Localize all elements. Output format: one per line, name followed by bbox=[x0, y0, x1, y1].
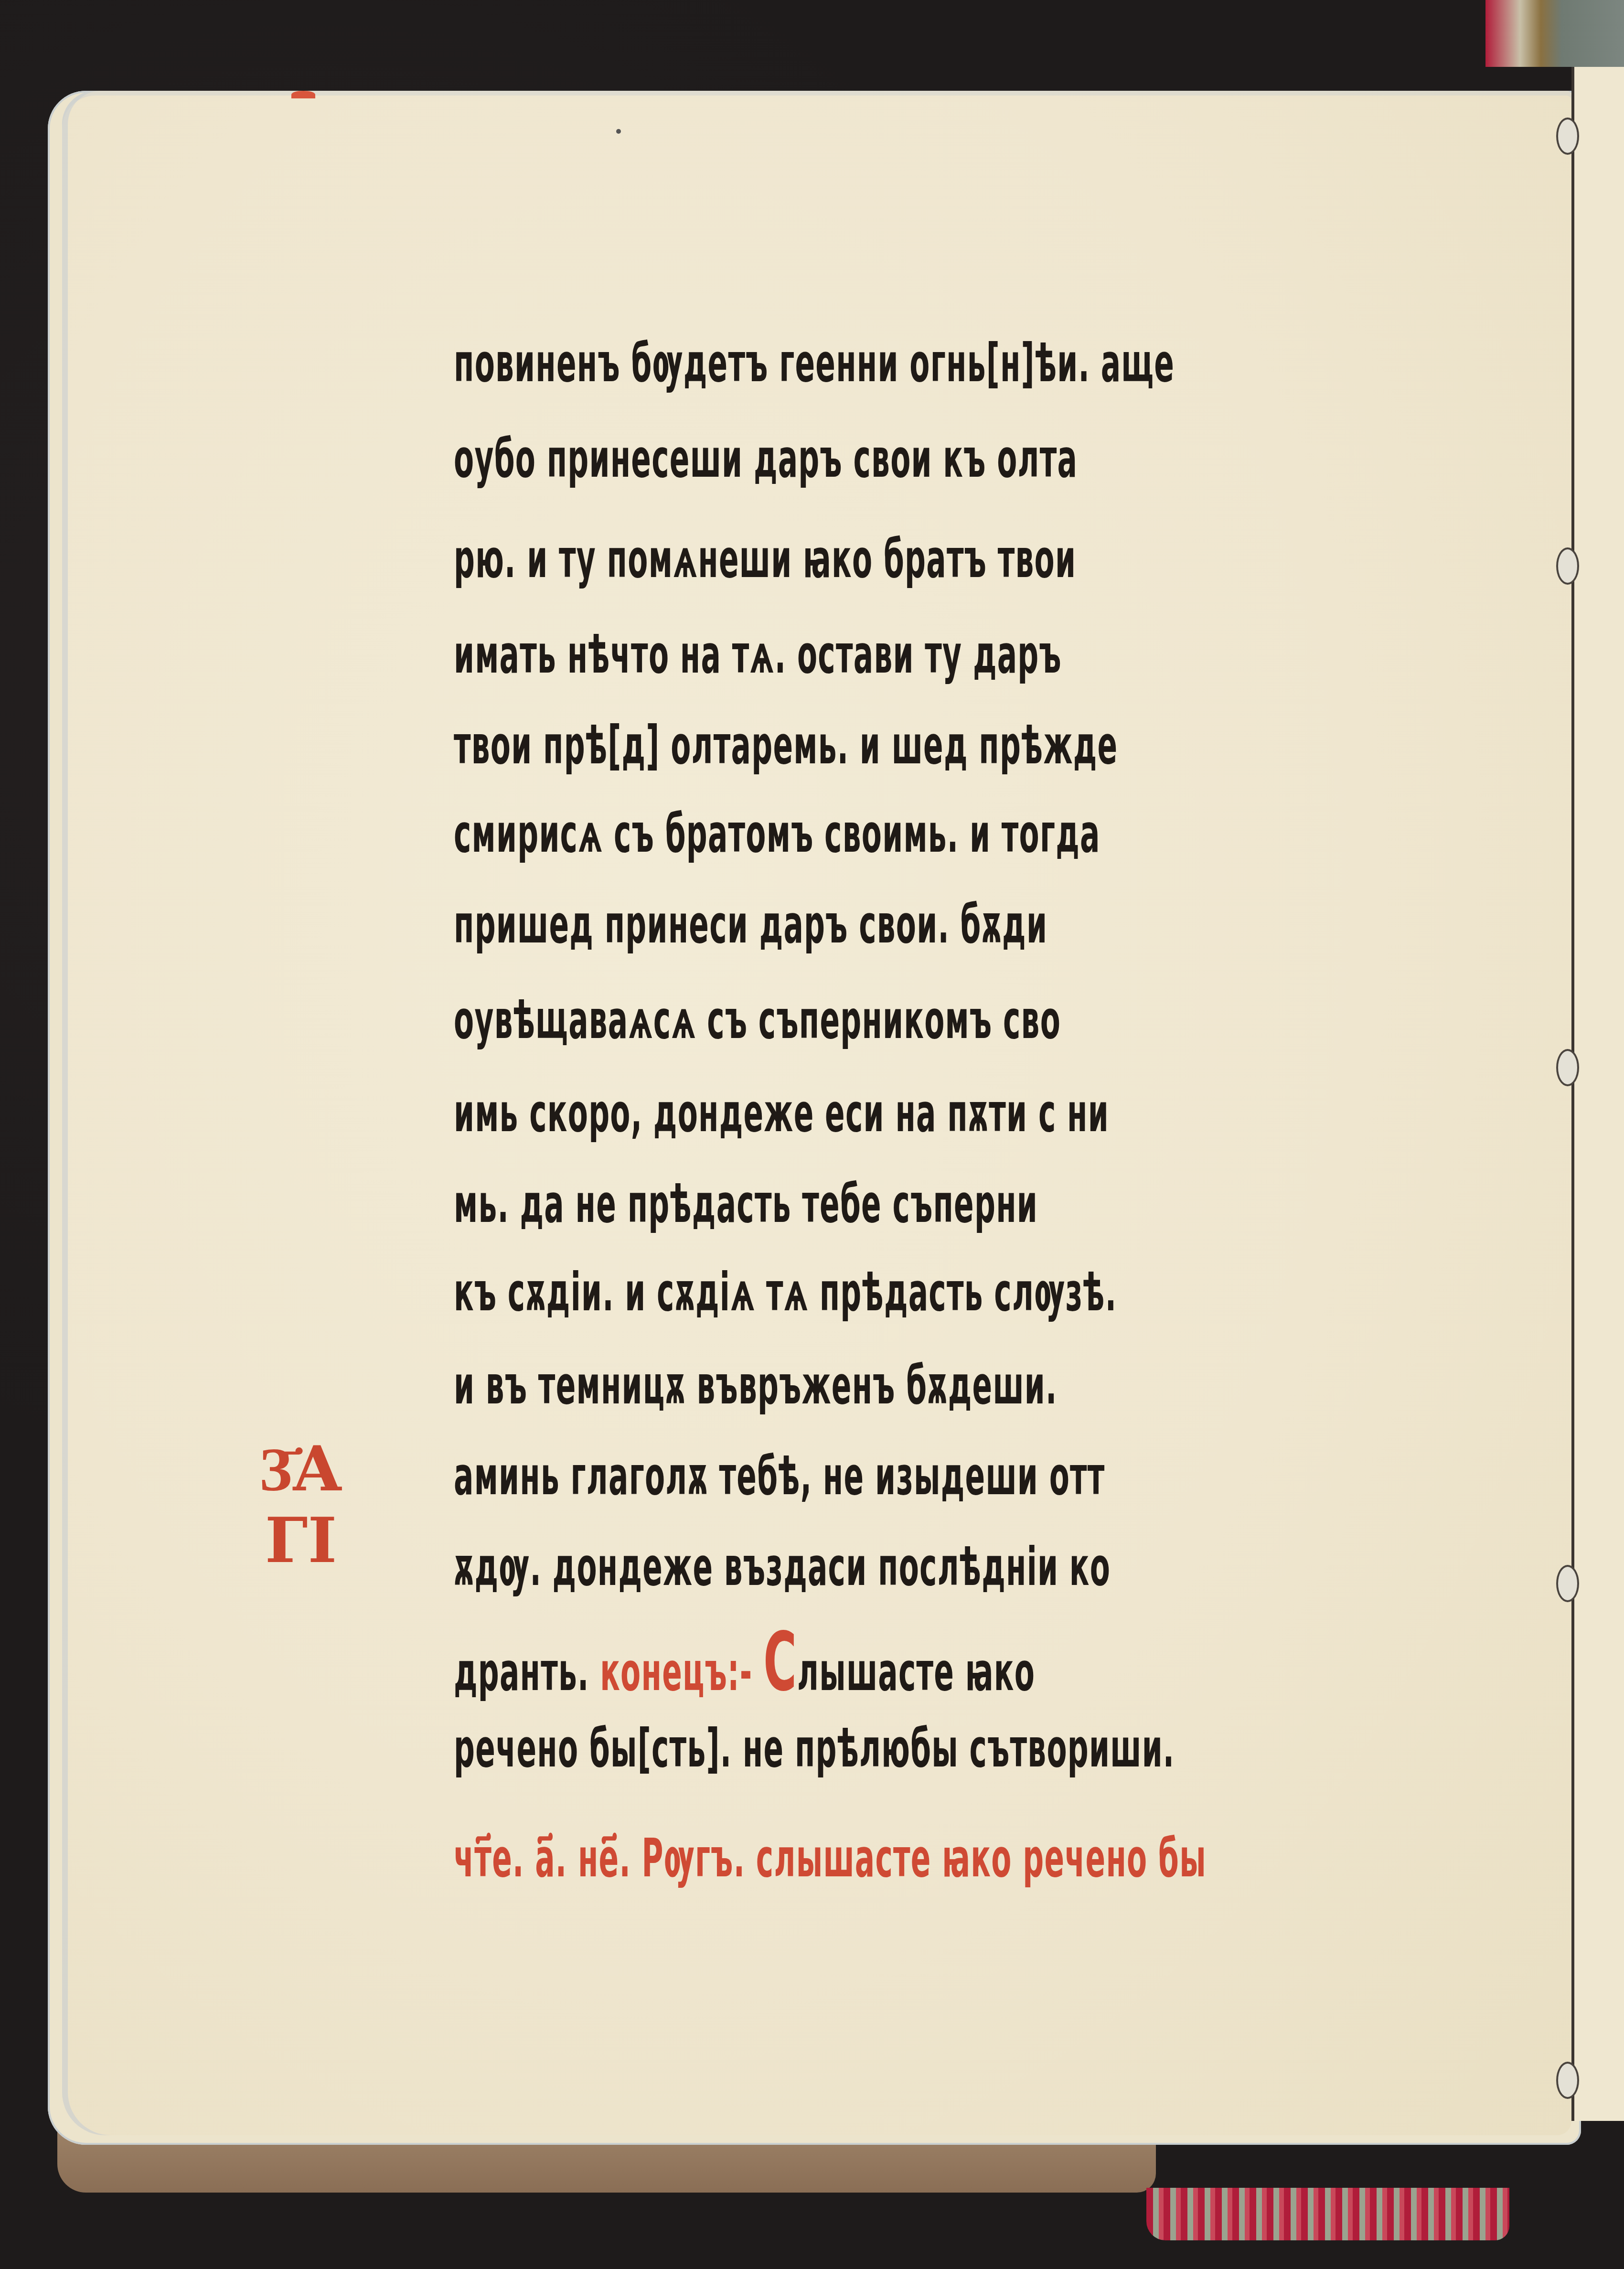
text-line: ѫдѹ. дондеже въздаси послѣдніи ко bbox=[454, 1538, 1111, 1595]
text-line: оубо принесеши даръ свои къ олта bbox=[454, 430, 1078, 487]
ink-dot bbox=[616, 129, 621, 134]
margin-line: ГІ bbox=[253, 1505, 349, 1576]
text-line: имать нѣчто на тѧ. остави ту даръ bbox=[454, 626, 1062, 683]
facing-leaf bbox=[1571, 67, 1624, 2121]
binding-top-fabric bbox=[1485, 0, 1624, 67]
text-line-with-rubric: дранть. конецъ:- Слышасте ꙗко bbox=[454, 1634, 1035, 1701]
binding-bottom-fabric bbox=[1146, 2188, 1509, 2240]
sewing-hole bbox=[1558, 1051, 1577, 1084]
red-initial: С bbox=[763, 1615, 797, 1710]
margin-reading-number: З҃А ГІ bbox=[253, 1433, 349, 1576]
text-segment: лышасте ꙗко bbox=[797, 1641, 1035, 1702]
text-line: мь. да не прѣдасть тебе съперни bbox=[454, 1175, 1038, 1232]
sewing-hole bbox=[1558, 549, 1577, 583]
sewing-hole bbox=[1558, 1567, 1577, 1600]
text-segment: дранть. bbox=[454, 1641, 589, 1702]
rubric-line: чт҃е. а҃. не҃. Рѹгъ. слышасте ꙗко речено… bbox=[454, 1830, 1207, 1887]
text-line: речено бы[сть]. не прѣлюбы сътвориши. bbox=[454, 1720, 1175, 1777]
text-line: рю. и ту помѧнеши ꙗко братъ твои bbox=[454, 530, 1076, 588]
text-line: повиненъ бѹдетъ геенни огнь[н]ѣи. аще bbox=[454, 334, 1175, 392]
margin-line: З҃А bbox=[253, 1433, 349, 1505]
text-line: къ сѫдіи. и сѫдіѧ тѧ прѣдасть слѹзѣ. bbox=[454, 1263, 1117, 1321]
text-line: имь скоро, дондеже еси на пѫти с ни bbox=[454, 1084, 1109, 1142]
sewing-hole bbox=[1558, 119, 1577, 153]
sewing-hole bbox=[1558, 2064, 1577, 2097]
text-line: и въ темницѫ въвръженъ бѫдеши. bbox=[454, 1357, 1058, 1414]
red-ink-trace bbox=[291, 91, 315, 98]
text-line: твои прѣ[д] олтаремь. и шед прѣжде bbox=[454, 717, 1118, 774]
text-line: аминь глаголѫ тебѣ, не изыдеши отт bbox=[454, 1447, 1105, 1505]
text-line: пришед принеси даръ свои. бѫди bbox=[454, 896, 1047, 953]
text-line: смирисѧ съ братомъ своимь. и тогда bbox=[454, 805, 1100, 862]
rubric-konets: конецъ:- bbox=[600, 1641, 752, 1702]
text-line: оувѣщаваѧсѧ съ съперникомъ сво bbox=[454, 991, 1061, 1049]
